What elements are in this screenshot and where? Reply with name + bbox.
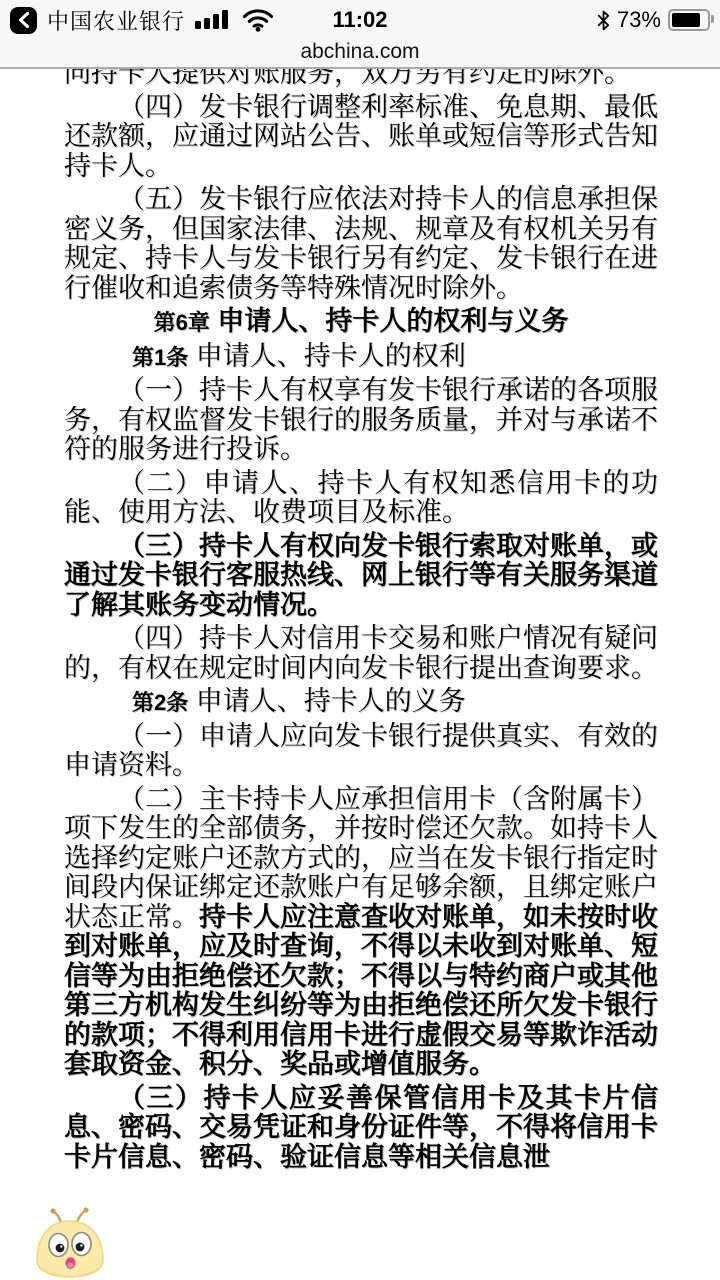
- status-bar-right: 73%: [597, 0, 710, 40]
- battery-percent: 73%: [617, 7, 661, 33]
- url-bar[interactable]: abchina.com: [0, 40, 720, 69]
- chapter-number: 第6章: [154, 310, 210, 335]
- article-heading: 第1条 申请人、持卡人的权利: [132, 342, 658, 373]
- paragraph: （四）持卡人对信用卡交易和账户情况有疑问的，有权在规定时间内向发卡银行提出查询要…: [64, 624, 658, 683]
- paragraph: （二）申请人、持卡人有权知悉信用卡的功能、使用方法、收费项目及标准。: [64, 469, 658, 528]
- mascot-assistant-widget[interactable]: [33, 1206, 109, 1280]
- paragraph: （一）持卡人有权享有发卡银行承诺的各项服务，有权监督发卡银行的服务质量，并对与承…: [64, 376, 658, 465]
- paragraph: 向持卡人提供对账服务，双方另有约定的除外。: [64, 69, 658, 89]
- article-title: 申请人、持卡人的义务: [196, 686, 466, 716]
- mascot-chick-icon: [33, 1206, 109, 1280]
- paragraph: （一）申请人应向发卡银行提供真实、有效的申请资料。: [64, 722, 658, 781]
- bluetooth-icon: [597, 10, 610, 31]
- chapter-title: 申请人、持卡人的权利与义务: [217, 306, 568, 336]
- page-content: 向持卡人提供对账服务，双方另有约定的除外。 （四）发卡银行调整利率标准、免息期、…: [0, 69, 720, 1280]
- article-number: 第2条: [132, 690, 188, 715]
- paragraph-bold: （三）持卡人有权向发卡银行索取对账单，或通过发卡银行客服热线、网上银行等有关服务…: [64, 532, 658, 621]
- paragraph-mixed: （二）主卡持卡人应承担信用卡（含附属卡）项下发生的全部债务，并按时偿还欠款。如持…: [64, 785, 658, 1080]
- paragraph-bold: （三）持卡人应妥善保管信用卡及其卡片信息、密码、交易凭证和身份证件等，不得将信用…: [64, 1084, 658, 1173]
- article-title: 申请人、持卡人的权利: [196, 341, 466, 371]
- battery-icon: [668, 9, 710, 31]
- paragraph: （四）发卡银行调整利率标准、免息期、最低还款额，应通过网站公告、账单或短信等形式…: [64, 93, 658, 182]
- article-number: 第1条: [132, 345, 188, 370]
- status-bar: 中国农业银行 11:02 73%: [0, 0, 720, 40]
- paragraph: （五）发卡银行应依法对持卡人的信息承担保密义务，但国家法律、法规、规章及有权机关…: [64, 185, 658, 303]
- article-heading: 第2条 申请人、持卡人的义务: [132, 687, 658, 718]
- chapter-heading: 第6章 申请人、持卡人的权利与义务: [64, 307, 658, 338]
- url-text: abchina.com: [300, 40, 419, 64]
- phone-screen: 中国农业银行 11:02 73%: [0, 0, 720, 1280]
